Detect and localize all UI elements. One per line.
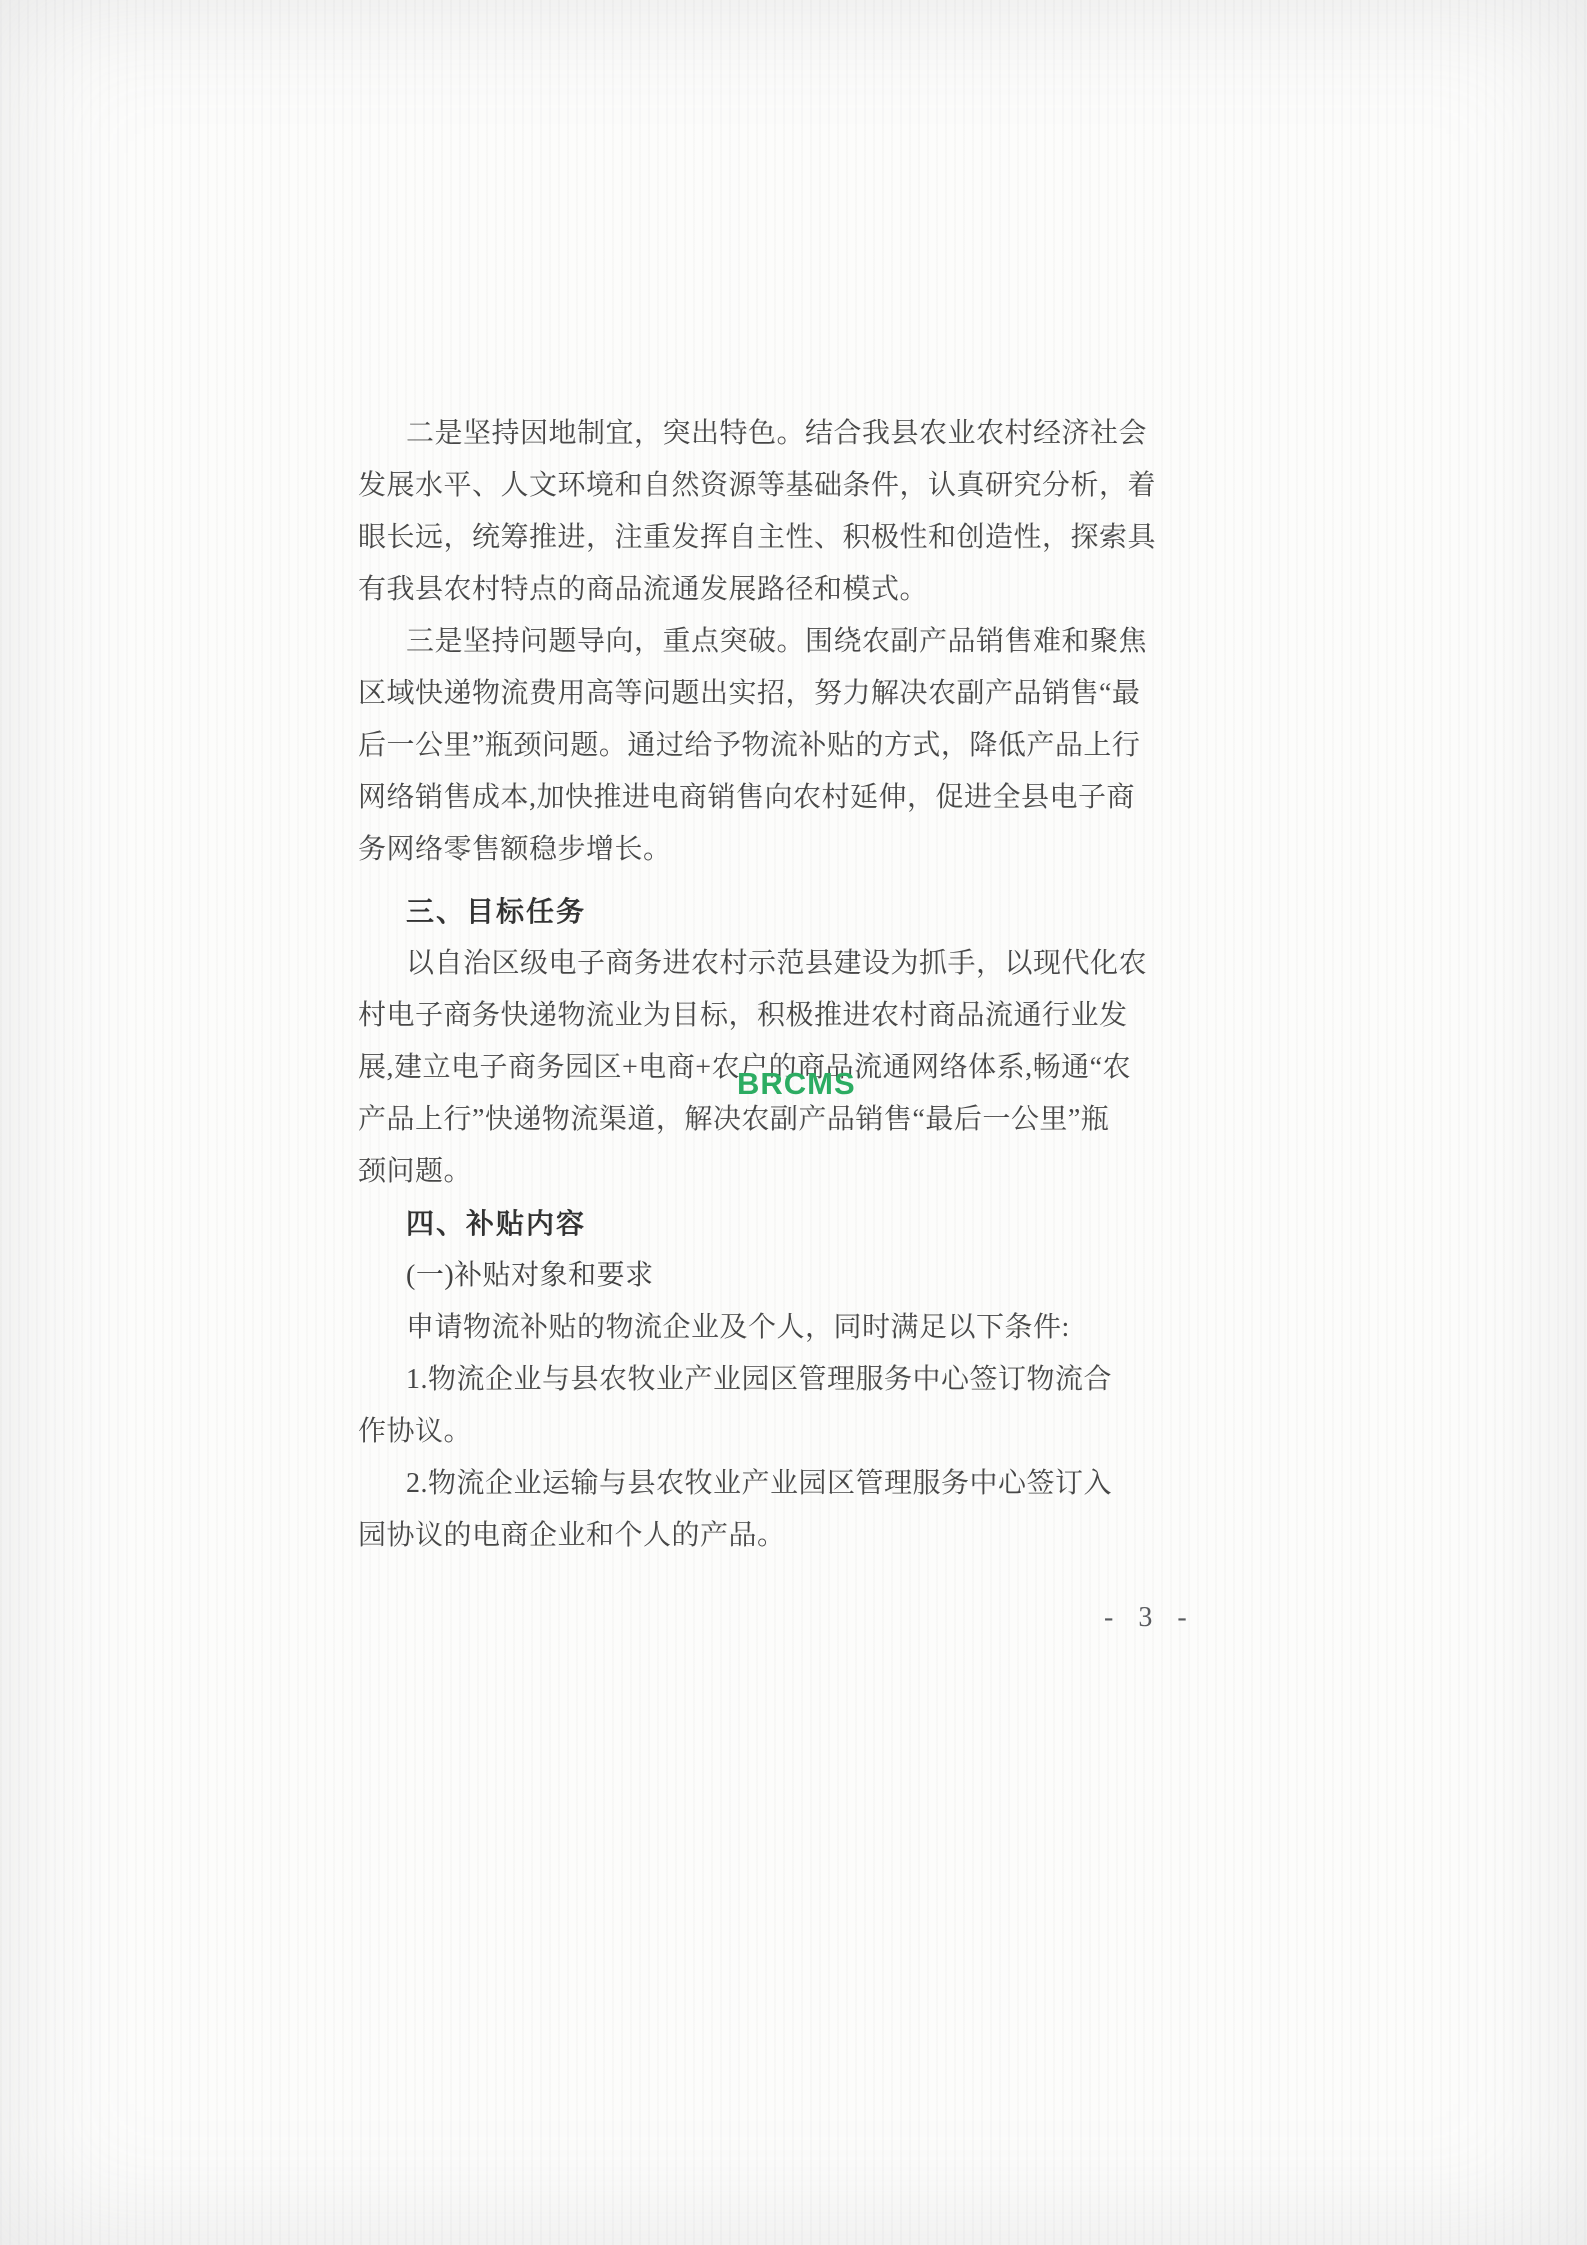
paragraph-conditions-intro: 申请物流补贴的物流企业及个人，同时满足以下条件: bbox=[358, 1302, 1130, 1354]
page-number: - 3 - bbox=[1104, 1602, 1196, 1634]
text-line: 发展水平、人文环境和自然资源等基础条件，认真研究分析，着 bbox=[358, 460, 1130, 512]
text-line: 眼长远，统筹推进，注重发挥自主性、积极性和创造性，探索具 bbox=[358, 512, 1130, 564]
document-body: 二是坚持因地制宜，突出特色。结合我县农业农村经济社会 发展水平、人文环境和自然资… bbox=[358, 408, 1130, 1562]
text-line: 三是坚持问题导向，重点突破。围绕农副产品销售难和聚焦 bbox=[358, 616, 1130, 668]
list-item-1: 1.物流企业与县农牧业产业园区管理服务中心签订物流合 作协议。 bbox=[358, 1354, 1130, 1458]
text-line: 展,建立电子商务园区+电商+农户的商品流通网络体系,畅通“农 bbox=[358, 1042, 1130, 1094]
text-line: 申请物流补贴的物流企业及个人，同时满足以下条件: bbox=[358, 1302, 1130, 1354]
text-line: 产品上行”快递物流渠道，解决农副产品销售“最后一公里”瓶 bbox=[358, 1094, 1130, 1146]
section-heading-subsidy: 四、补贴内容 bbox=[358, 1198, 1130, 1250]
list-item-2: 2.物流企业运输与县农牧业产业园区管理服务中心签订入 园协议的电商企业和个人的产… bbox=[358, 1458, 1130, 1562]
section-heading-goals: 三、目标任务 bbox=[358, 886, 1130, 938]
text-line: 务网络零售额稳步增长。 bbox=[358, 824, 1130, 876]
text-line: 以自治区级电子商务进农村示范县建设为抓手，以现代化农 bbox=[358, 938, 1130, 990]
text-line: 2.物流企业运输与县农牧业产业园区管理服务中心签订入 bbox=[358, 1458, 1130, 1510]
subsection-heading-targets: (一)补贴对象和要求 bbox=[358, 1250, 1130, 1302]
text-line: 颈问题。 bbox=[358, 1146, 1130, 1198]
text-line: 后一公里”瓶颈问题。通过给予物流补贴的方式，降低产品上行 bbox=[358, 720, 1130, 772]
scanned-document-page: 二是坚持因地制宜，突出特色。结合我县农业农村经济社会 发展水平、人文环境和自然资… bbox=[0, 0, 1587, 2245]
paragraph-approach-3: 三是坚持问题导向，重点突破。围绕农副产品销售难和聚焦 区域快递物流费用高等问题出… bbox=[358, 616, 1130, 876]
paragraph-approach-2: 二是坚持因地制宜，突出特色。结合我县农业农村经济社会 发展水平、人文环境和自然资… bbox=[358, 408, 1130, 616]
paragraph-goals: 以自治区级电子商务进农村示范县建设为抓手，以现代化农 村电子商务快递物流业为目标… bbox=[358, 938, 1130, 1198]
text-line: 区域快递物流费用高等问题出实招，努力解决农副产品销售“最 bbox=[358, 668, 1130, 720]
text-line: 村电子商务快递物流业为目标，积极推进农村商品流通行业发 bbox=[358, 990, 1130, 1042]
text-line: 二是坚持因地制宜，突出特色。结合我县农业农村经济社会 bbox=[358, 408, 1130, 460]
text-line: 作协议。 bbox=[358, 1406, 1130, 1458]
text-line: 有我县农村特点的商品流通发展路径和模式。 bbox=[358, 564, 1130, 616]
text-line: 网络销售成本,加快推进电商销售向农村延伸，促进全县电子商 bbox=[358, 772, 1130, 824]
text-line: 1.物流企业与县农牧业产业园区管理服务中心签订物流合 bbox=[358, 1354, 1130, 1406]
text-line: 园协议的电商企业和个人的产品。 bbox=[358, 1510, 1130, 1562]
